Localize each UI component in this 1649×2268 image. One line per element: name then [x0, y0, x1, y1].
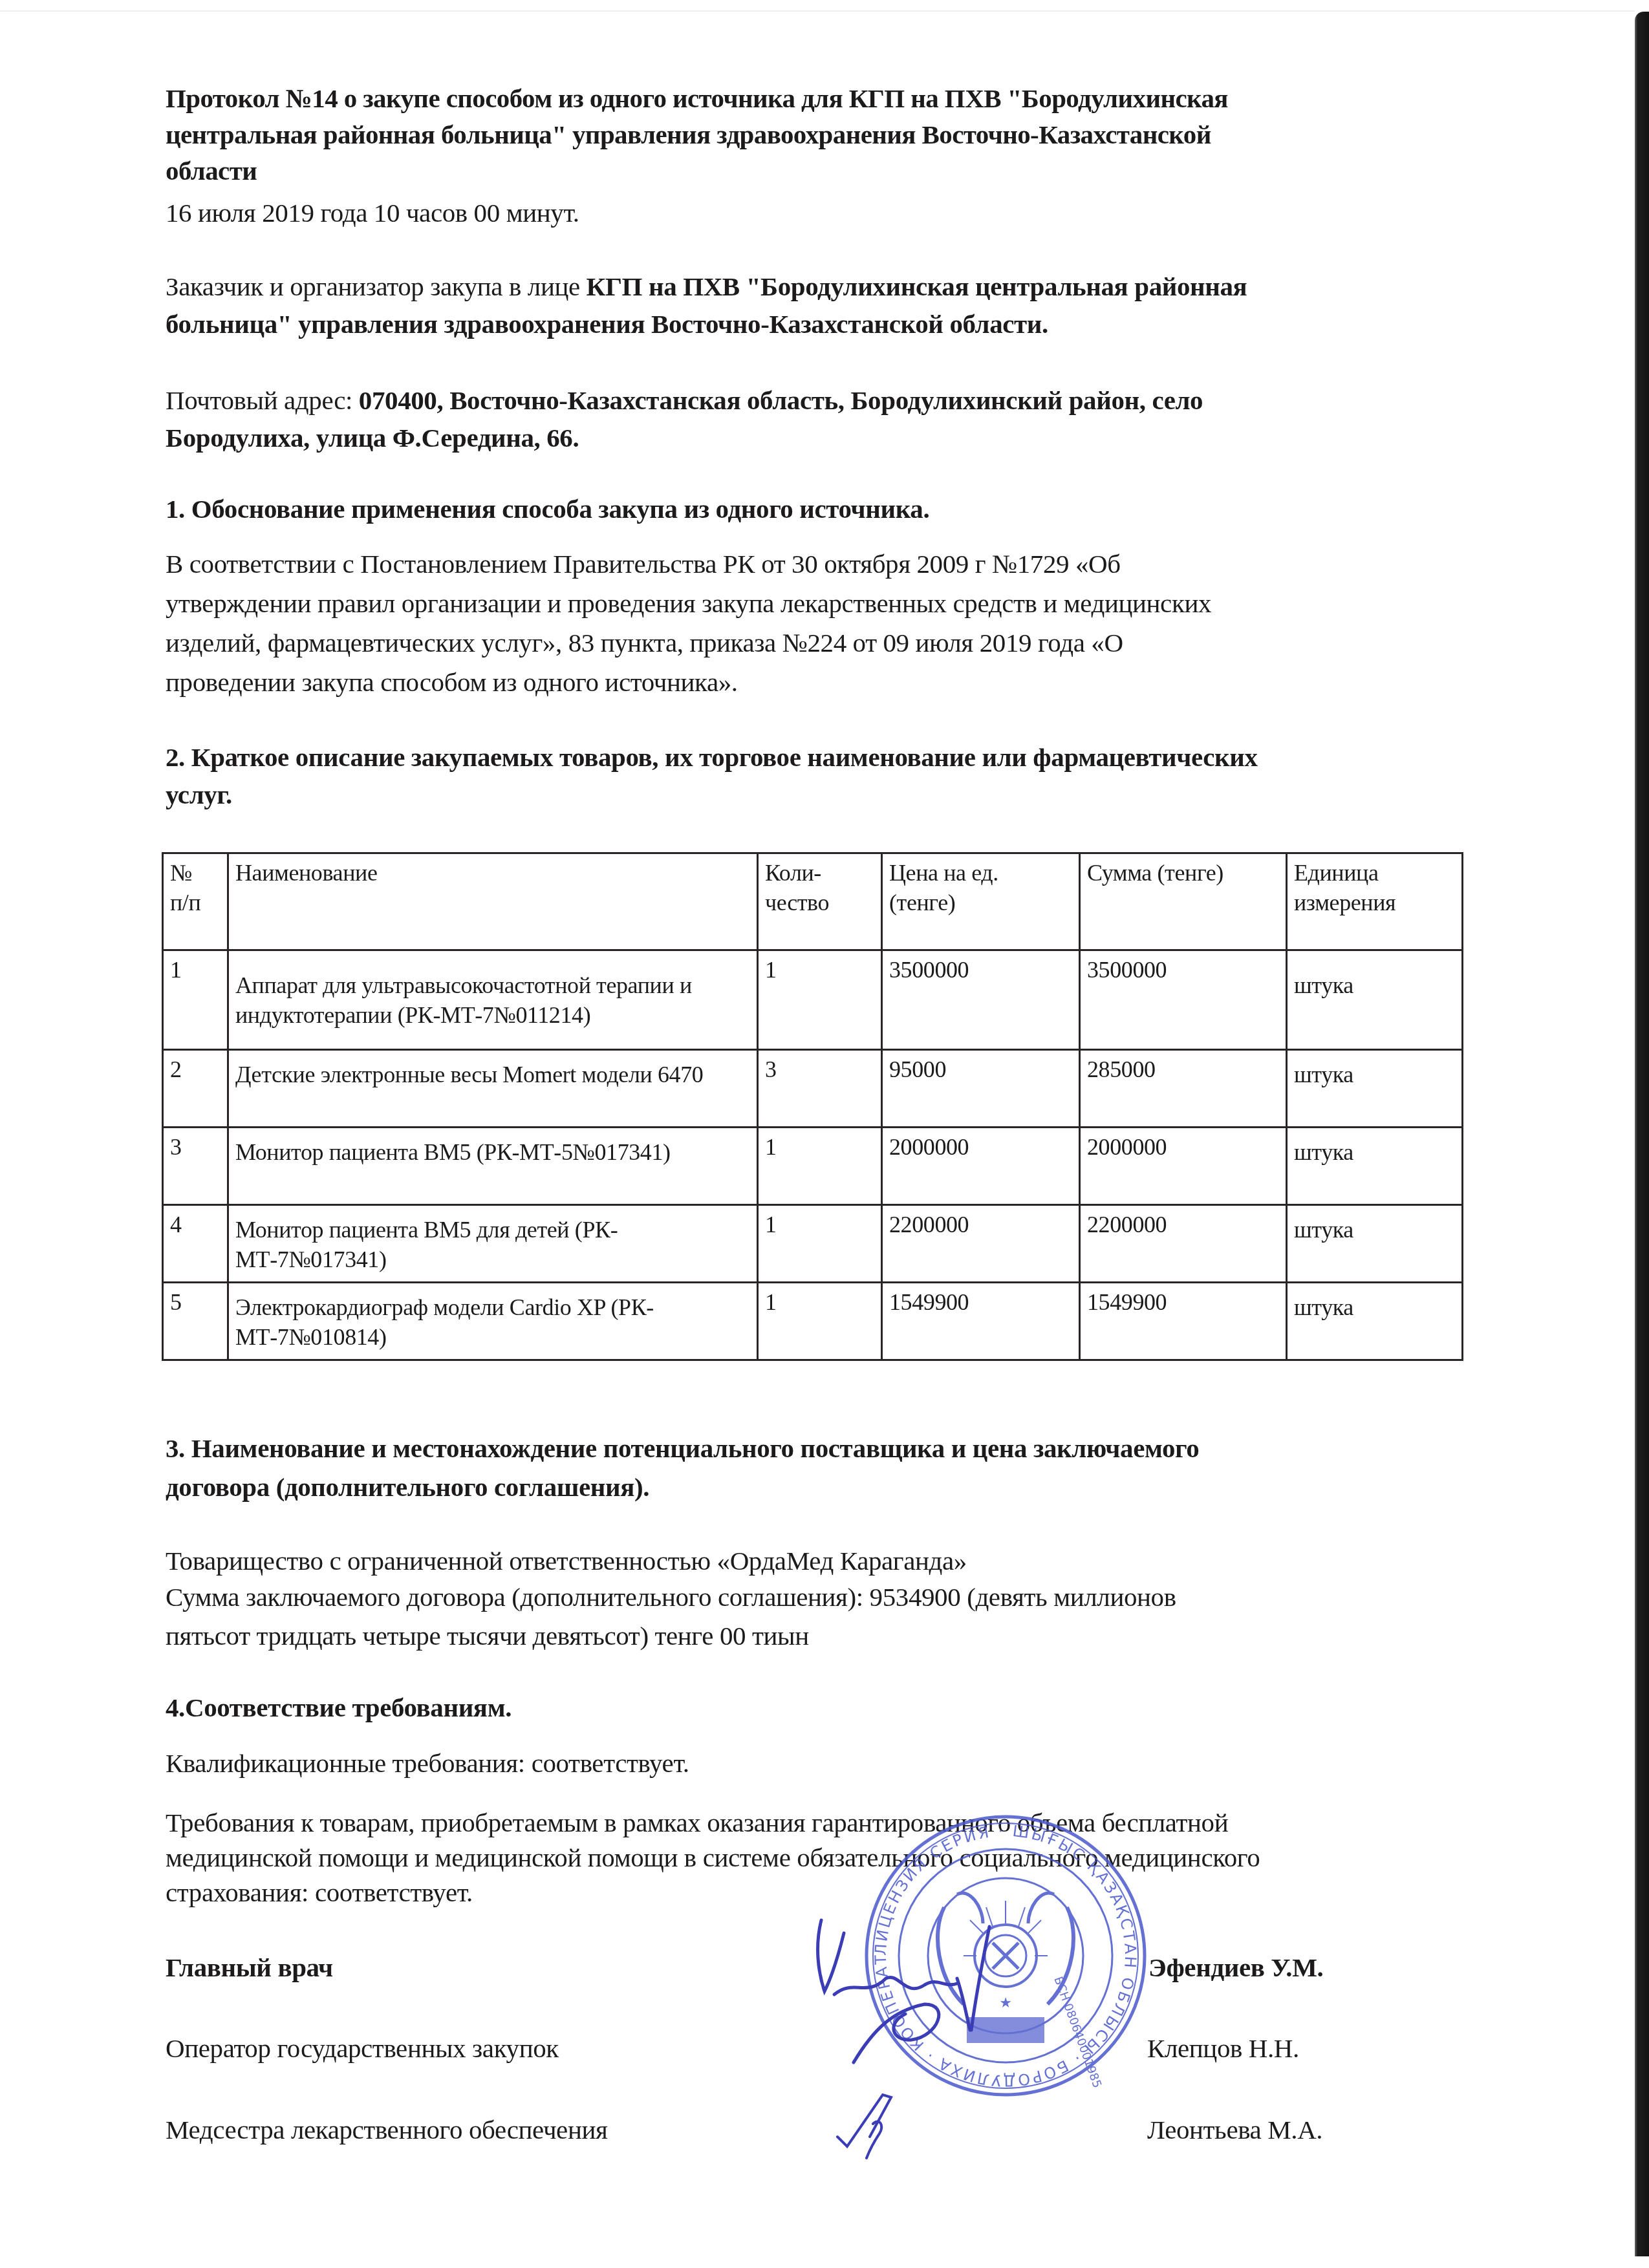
cell-number: 2	[163, 1050, 228, 1128]
cell-sum: 2000000	[1080, 1128, 1287, 1205]
header-cell-unit-price: Цена на ед.(тенге)	[882, 853, 1080, 950]
cell-unit-price: 3500000	[882, 950, 1080, 1050]
contract-sum: Сумма заключаемого договора (дополнитель…	[166, 1578, 1549, 1655]
cell-sum: 3500000	[1080, 950, 1287, 1050]
cell-sum: 285000	[1080, 1050, 1287, 1128]
cell-unit: штука	[1287, 1050, 1463, 1128]
header-cell-unit: Единицаизмерения	[1287, 853, 1463, 950]
scan-top-edge	[0, 10, 1635, 12]
section2-heading: 2. Краткое описание закупаемых товаров, …	[166, 738, 1549, 813]
table-row: 4 Монитор пациента ВМ5 для детей (РК-МТ-…	[163, 1205, 1463, 1283]
cell-sum: 2200000	[1080, 1205, 1287, 1283]
cell-quantity: 1	[758, 1128, 882, 1205]
cell-sum: 1549900	[1080, 1283, 1287, 1360]
address-value-cont: Бородулиха, улица Ф.Середина, 66.	[166, 419, 1549, 456]
cell-unit: штука	[1287, 950, 1463, 1050]
chief-doctor-signature-icon	[795, 1901, 1028, 2069]
signatory-name: Эфендиев У.М.	[1148, 1949, 1323, 1985]
cell-number: 1	[163, 950, 228, 1050]
title-line: области	[166, 153, 1549, 189]
cell-quantity: 1	[758, 1205, 882, 1283]
title-line: центральная районная больница" управлени…	[166, 116, 1549, 153]
title-line: Протокол №14 о закупе способом из одного…	[166, 80, 1549, 116]
header-cell-sum: Сумма (тенге)	[1080, 853, 1287, 950]
signatory-role: Оператор государственных закупок	[166, 2030, 559, 2066]
cell-name: Монитор пациента ВМ5 (РК-МТ-5№017341)	[228, 1128, 758, 1205]
cell-name: Электрокардиограф модели Cardio XP (РК-М…	[228, 1283, 758, 1360]
section3-heading: 3. Наименование и местонахождение потенц…	[166, 1429, 1549, 1506]
customer-name-cont: больница" управления здравоохранения Вос…	[166, 305, 1549, 343]
cell-quantity: 1	[758, 950, 882, 1050]
section4-heading: 4.Соответствие требованиям.	[166, 1689, 1549, 1726]
cell-unit-price: 2200000	[882, 1205, 1080, 1283]
cell-unit-price: 95000	[882, 1050, 1080, 1128]
signatory-role: Главный врач	[166, 1949, 333, 1985]
scan-border	[1635, 12, 1649, 2256]
supplier-name: Товарищество с ограниченной ответственно…	[166, 1545, 1549, 1576]
table-header-row: №п/п Наименование Коли-чество Цена на ед…	[163, 853, 1463, 950]
signatory-name: Леонтьева М.А.	[1147, 2112, 1322, 2148]
cell-number: 3	[163, 1128, 228, 1205]
customer-label: Заказчик и организатор закупа в лице	[166, 272, 587, 301]
section1-line: утверждении правил организации и проведе…	[166, 584, 1549, 623]
section1-body: В соответствии с Постановлением Правител…	[166, 544, 1549, 702]
header-cell-quantity: Коли-чество	[758, 853, 882, 950]
qualification-requirements: Квалификационные требования: соответству…	[166, 1744, 1549, 1782]
nurse-signature-icon	[834, 2088, 912, 2166]
cell-unit-price: 2000000	[882, 1128, 1080, 1205]
header-cell-number: №п/п	[163, 853, 228, 950]
goods-table: №п/п Наименование Коли-чество Цена на ед…	[162, 852, 1463, 1361]
header-cell-name: Наименование	[228, 853, 758, 950]
cell-unit: штука	[1287, 1128, 1463, 1205]
cell-unit: штука	[1287, 1283, 1463, 1360]
customer-paragraph: Заказчик и организатор закупа в лице КГП…	[166, 268, 1549, 343]
cell-name: Детские электронные весы Momert модели 6…	[228, 1050, 758, 1128]
table-row: 1 Аппарат для ультравысокочастотной тера…	[163, 950, 1463, 1050]
section1-line: В соответствии с Постановлением Правител…	[166, 544, 1549, 584]
cell-name: Монитор пациента ВМ5 для детей (РК-МТ-7№…	[228, 1205, 758, 1283]
table-row: 3 Монитор пациента ВМ5 (РК-МТ-5№017341) …	[163, 1128, 1463, 1205]
cell-name: Аппарат для ультравысокочастотной терапи…	[228, 950, 758, 1050]
signatory-role: Медсестра лекарственного обеспечения	[166, 2112, 607, 2148]
section1-line: изделий, фармацевтических услуг», 83 пун…	[166, 623, 1549, 663]
protocol-datetime: 16 июля 2019 года 10 часов 00 минут.	[166, 194, 1549, 231]
table-row: 2 Детские электронные весы Momert модели…	[163, 1050, 1463, 1128]
address-value: 070400, Восточно-Казахстанская область, …	[359, 385, 1203, 415]
address-label: Почтовый адрес:	[166, 385, 359, 415]
cell-quantity: 1	[758, 1283, 882, 1360]
signatory-name: Клепцов Н.Н.	[1147, 2030, 1299, 2066]
document-title: Протокол №14 о закупе способом из одного…	[166, 80, 1549, 189]
cell-unit: штука	[1287, 1205, 1463, 1283]
cell-unit-price: 1549900	[882, 1283, 1080, 1360]
cell-quantity: 3	[758, 1050, 882, 1128]
table-row: 5 Электрокардиограф модели Cardio XP (РК…	[163, 1283, 1463, 1360]
goods-requirements: Требования к товарам, приобретаемым в ра…	[166, 1805, 1549, 1910]
section1-heading: 1. Обоснование применения способа закупа…	[166, 490, 1549, 528]
cell-number: 4	[163, 1205, 228, 1283]
cell-number: 5	[163, 1283, 228, 1360]
address-paragraph: Почтовый адрес: 070400, Восточно-Казахст…	[166, 381, 1549, 456]
section1-line: проведении закупа способом из одного ист…	[166, 663, 1549, 702]
customer-name: КГП на ПХВ "Бородулихинская центральная …	[587, 272, 1247, 301]
